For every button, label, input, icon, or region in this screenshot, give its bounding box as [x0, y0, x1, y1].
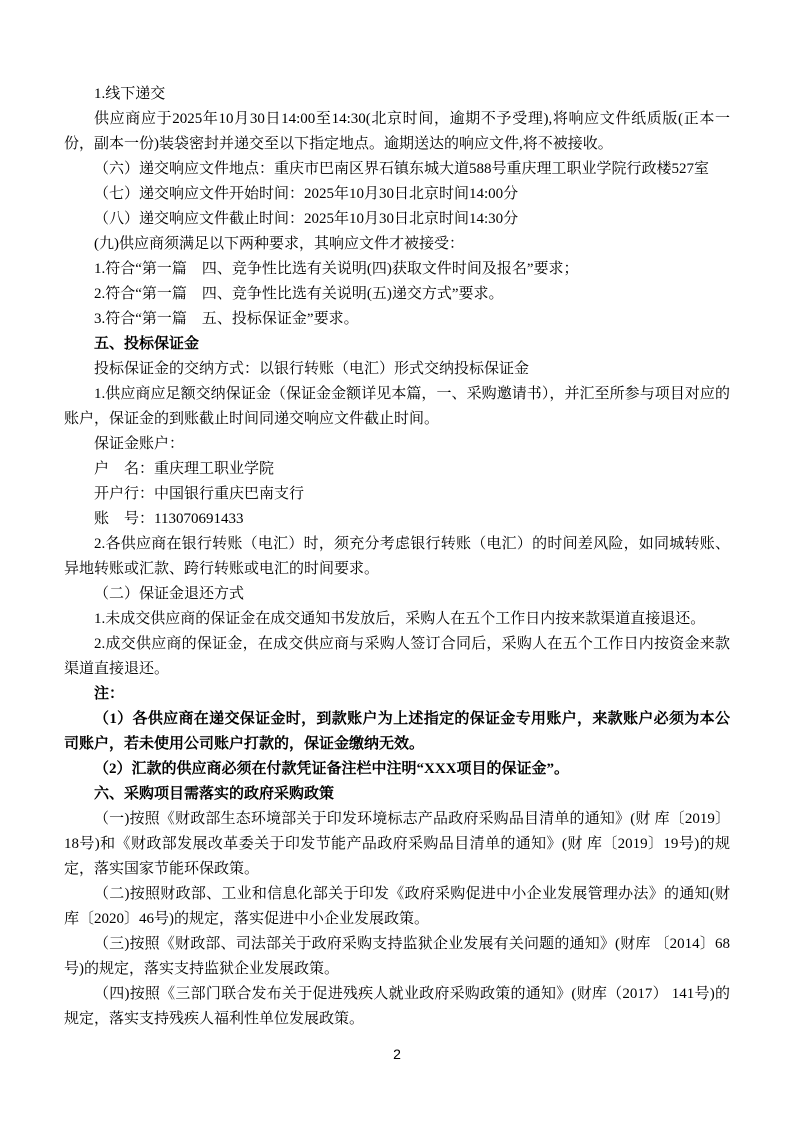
paragraph: （2）汇款的供应商必须在付款凭证备注栏中注明“XXX项目的保证金”。	[64, 757, 730, 782]
paragraph: 2.成交供应商的保证金，在成交供应商与采购人签订合同后，采购人在五个工作日内按资…	[64, 632, 730, 682]
paragraph: 账 号：113070691433	[64, 507, 730, 532]
paragraph: （1）各供应商在递交保证金时，到款账户为上述指定的保证金专用账户，来款账户必须为…	[64, 707, 730, 757]
paragraph: （二)按照财政部、工业和信息化部关于印发《政府采购促进中小企业发展管理办法》的通…	[64, 882, 730, 932]
paragraph: （七）递交响应文件开始时间：2025年10月30日北京时间14:00分	[64, 182, 730, 207]
paragraph: 六、采购项目需落实的政府采购政策	[64, 782, 730, 807]
paragraph: 1.线下递交	[64, 82, 730, 107]
paragraph: （二）保证金退还方式	[64, 582, 730, 607]
document-body: 1.线下递交供应商应于2025年10月30日14:00至14:30(北京时间，逾…	[64, 82, 730, 1032]
paragraph: （六）递交响应文件地点：重庆市巴南区界石镇东城大道588号重庆理工职业学院行政楼…	[64, 157, 730, 182]
paragraph: 供应商应于2025年10月30日14:00至14:30(北京时间，逾期不予受理)…	[64, 107, 730, 157]
paragraph: 3.符合“第一篇 五、投标保证金”要求。	[64, 307, 730, 332]
paragraph: 2.符合“第一篇 四、竞争性比选有关说明(五)递交方式”要求。	[64, 282, 730, 307]
paragraph: 户 名：重庆理工职业学院	[64, 457, 730, 482]
paragraph: 开户行：中国银行重庆巴南支行	[64, 482, 730, 507]
paragraph: (九)供应商须满足以下两种要求，其响应文件才被接受：	[64, 232, 730, 257]
paragraph: 1.供应商应足额交纳保证金（保证金金额详见本篇，一、采购邀请书），并汇至所参与项…	[64, 382, 730, 432]
paragraph: （八）递交响应文件截止时间：2025年10月30日北京时间14:30分	[64, 207, 730, 232]
paragraph: 1.未成交供应商的保证金在成交通知书发放后，采购人在五个工作日内按来款渠道直接退…	[64, 607, 730, 632]
paragraph: 注：	[64, 682, 730, 707]
paragraph: 五、投标保证金	[64, 332, 730, 357]
paragraph: 2.各供应商在银行转账（电汇）时，须充分考虑银行转账（电汇）的时间差风险，如同城…	[64, 532, 730, 582]
paragraph: （一)按照《财政部生态环境部关于印发环境标志产品政府采购品目清单的通知》(财 库…	[64, 807, 730, 882]
paragraph: 投标保证金的交纳方式：以银行转账（电汇）形式交纳投标保证金	[64, 357, 730, 382]
page-number: 2	[0, 1046, 794, 1062]
paragraph: （三)按照《财政部、司法部关于政府采购支持监狱企业发展有关问题的通知》(财库 〔…	[64, 932, 730, 982]
paragraph: 1.符合“第一篇 四、竞争性比选有关说明(四)获取文件时间及报名”要求；	[64, 257, 730, 282]
paragraph: （四)按照《三部门联合发布关于促进残疾人就业政府采购政策的通知》(财库（2017…	[64, 982, 730, 1032]
paragraph: 保证金账户：	[64, 432, 730, 457]
document-page: 1.线下递交供应商应于2025年10月30日14:00至14:30(北京时间，逾…	[0, 0, 794, 1122]
